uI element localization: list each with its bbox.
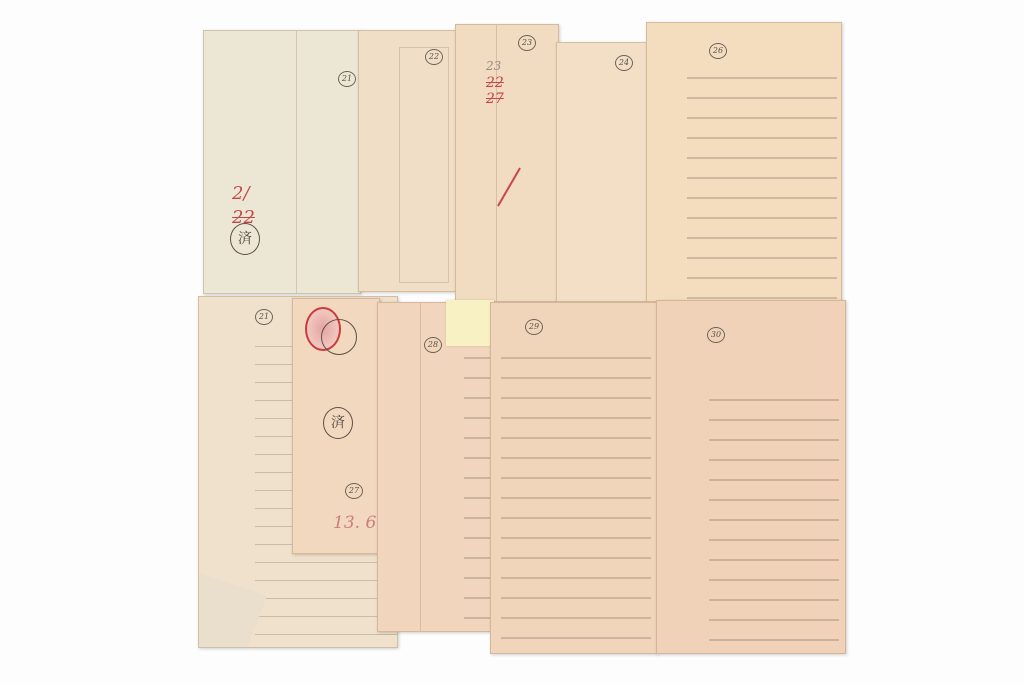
page-number: 21 — [255, 309, 273, 325]
manuscript-29: 29 — [490, 302, 658, 654]
page-number: 21 — [338, 71, 356, 87]
red-date: 13. 6 — [333, 513, 376, 533]
manuscript-26: 26 — [646, 22, 842, 302]
sticky-note — [446, 300, 494, 346]
page-number: 28 — [424, 337, 442, 353]
photograph: 21 2/ 22 済 22 23 23 22 27 24 26 21 済 27 … — [0, 0, 1024, 683]
page-number: 27 — [345, 483, 363, 499]
page-number: 22 — [425, 49, 443, 65]
red-mark: 27 — [486, 91, 504, 107]
envelope-22: 22 — [358, 30, 456, 292]
page-number: 26 — [709, 43, 727, 59]
red-mark: 2/ — [232, 183, 250, 204]
envelope-21: 21 2/ 22 済 — [203, 30, 361, 294]
page-number: 30 — [707, 327, 725, 343]
signature-seal: 済 — [230, 223, 260, 255]
red-mark: 23 — [486, 59, 501, 73]
signature-seal: 済 — [323, 407, 353, 439]
red-mark: 22 — [486, 75, 504, 91]
page-number: 24 — [615, 55, 633, 71]
manuscript-30: 30 — [656, 300, 846, 654]
envelope-27: 済 27 13. 6 — [292, 298, 380, 554]
postmark — [321, 319, 357, 355]
page-number: 23 — [518, 35, 536, 51]
envelope-23: 23 23 22 27 — [455, 24, 559, 302]
page-number: 29 — [525, 319, 543, 335]
envelope-24: 24 — [556, 42, 648, 302]
envelope-28: 28 — [377, 302, 493, 632]
